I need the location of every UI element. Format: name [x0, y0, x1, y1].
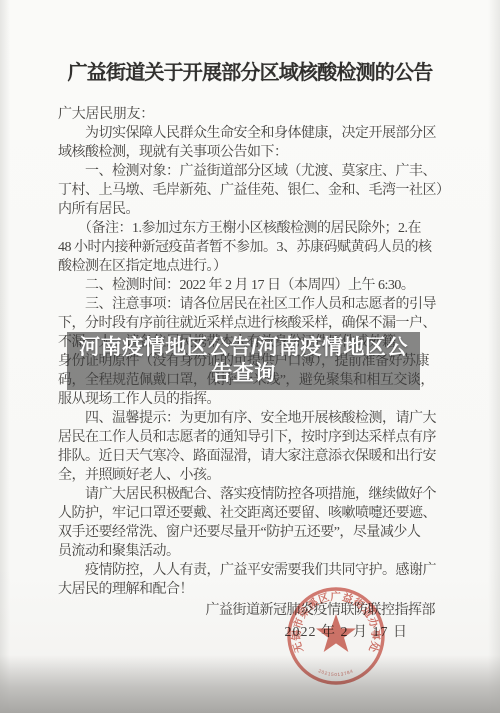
caption-overlay-banner: 河南疫情地区公告/河南疫情地区公 告查询: [67, 332, 420, 390]
body-line: 双手还要经常洗、窗户还要尽量开“防护五还要”，尽量减少人: [58, 523, 438, 542]
photo-edge-bottom-shadow: [0, 655, 500, 713]
body-line: 排队。近日天气寒冷、路面湿滑，请大家注意添衣保暖和出行安: [58, 447, 438, 466]
body-line: 下，分时段有序前往就近采样点进行核酸采样，确保不漏一户、: [58, 314, 438, 333]
body-line: （备注：1.参加过东方王榭小区核酸检测的居民除外；2.在: [58, 219, 438, 238]
body-line: 员流动和聚集活动。: [58, 542, 438, 561]
body-line: 人防护，牢记口罩还要戴、社交距离还要留、咳嗽喷嚏还要遮、: [58, 504, 438, 523]
body-line: 酸检测在区指定地点进行。）: [58, 257, 438, 276]
photo-edge-right: [488, 0, 500, 713]
seal-star-icon: [316, 614, 356, 652]
body-line: 请广大居民积极配合、落实疫情防控各项措施，继续做好个: [58, 485, 438, 504]
body-line: 三、注意事项：请各位居民在社区工作人员和志愿者的引导: [58, 295, 438, 314]
body-line: 48 小时内接种新冠疫苗者暂不参加。3、苏康码赋黄码人员的核: [58, 238, 438, 257]
body-line: 服从现场工作人员的指挥。: [58, 390, 438, 409]
caption-line-1: 河南疫情地区公告/河南疫情地区公: [79, 335, 408, 361]
body-line: 全，并照顾好老人、小孩。: [58, 466, 438, 485]
body-line: 丁村、上马墩、毛岸新苑、广益佳苑、银仁、金和、毛湾一社区）: [58, 181, 438, 200]
salutation: 广大居民朋友：: [58, 103, 154, 123]
body-line: 二、检测时间：2022 年 2 月 17 日（本周四）上午 6:30。: [58, 276, 438, 295]
body-line: 居民在工作人员和志愿者的通知导引下，按时序到达采样点有序: [58, 428, 438, 447]
body-line: 域核酸检测，现就有关事项公告如下：: [58, 143, 438, 162]
caption-line-2: 告查询: [211, 361, 276, 387]
body-line: 四、温馨提示：为更加有序、安全地开展核酸检测，请广大: [58, 409, 438, 428]
official-seal-stamp: 无锡市梁溪区广益街道办事处 3202150137848: [276, 577, 396, 697]
document-title: 广益街道关于开展部分区域核酸检测的公告: [0, 56, 500, 85]
body-line: 内所有居民。: [58, 200, 438, 219]
body-line: 一、检测对象：广益街道部分区域（尤渡、莫家庄、广丰、: [58, 162, 438, 181]
body-line: 为切实保障人民群众生命安全和身体健康，决定开展部分区: [58, 124, 438, 143]
document-photo: 广益街道关于开展部分区域核酸检测的公告 广大居民朋友： 为切实保障人民群众生命安…: [0, 0, 500, 713]
